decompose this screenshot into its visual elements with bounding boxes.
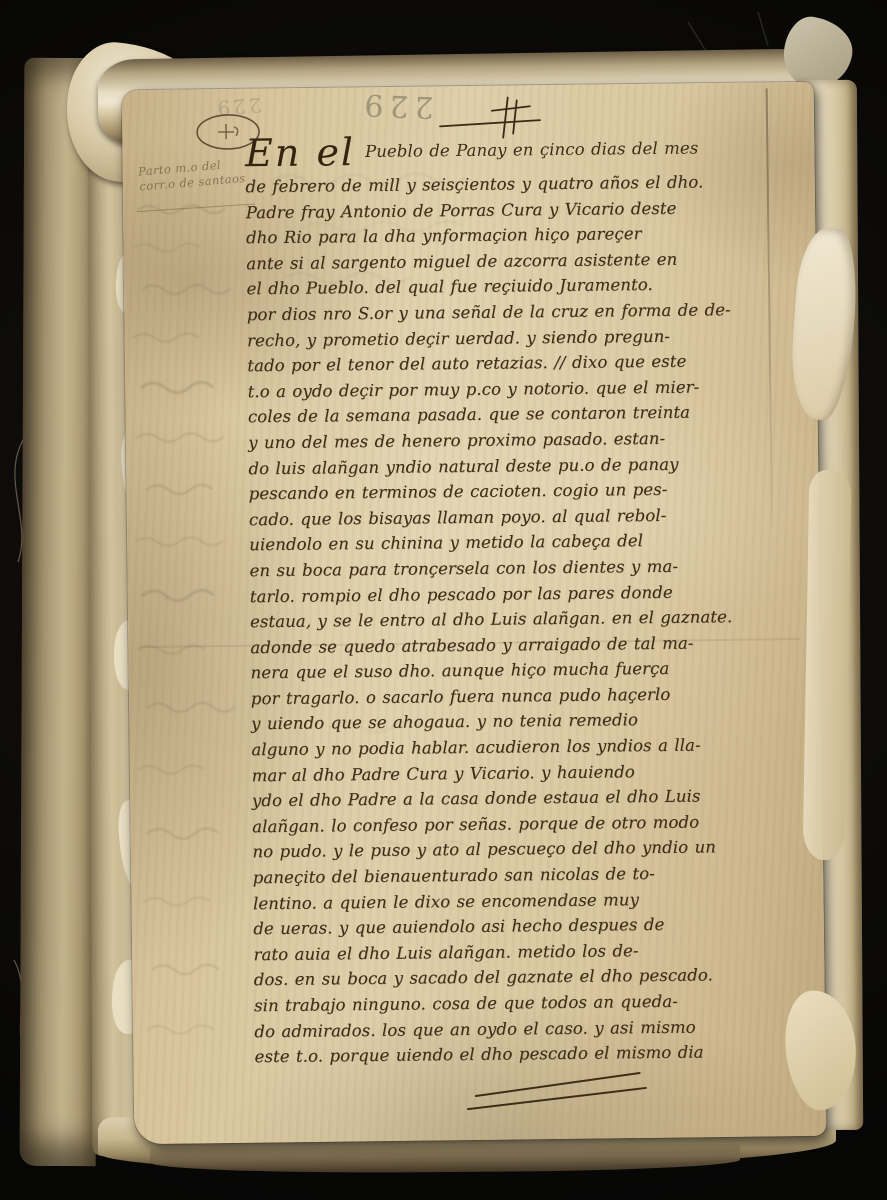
manuscript-page: 229 229 Parto m.o delcorr.o de santaos E… [122, 82, 827, 1144]
repair-patch-right [803, 470, 852, 861]
manuscript-text: En elPueblo de Panay en çinco dias del m… [245, 126, 821, 1070]
opening-line: En elPueblo de Panay en çinco dias del m… [245, 126, 811, 174]
manuscript-lines: de febrero de mill y seisçientos y quatr… [245, 168, 820, 1070]
end-flourish-rule [462, 1066, 658, 1116]
opening-initial: En el [245, 130, 355, 175]
manuscript-photo: 229 229 Parto m.o delcorr.o de santaos E… [0, 0, 887, 1200]
opening-rest: Pueblo de Panay en çinco dias del mes [365, 128, 699, 173]
folio-number-pencil: 229 [323, 85, 434, 124]
